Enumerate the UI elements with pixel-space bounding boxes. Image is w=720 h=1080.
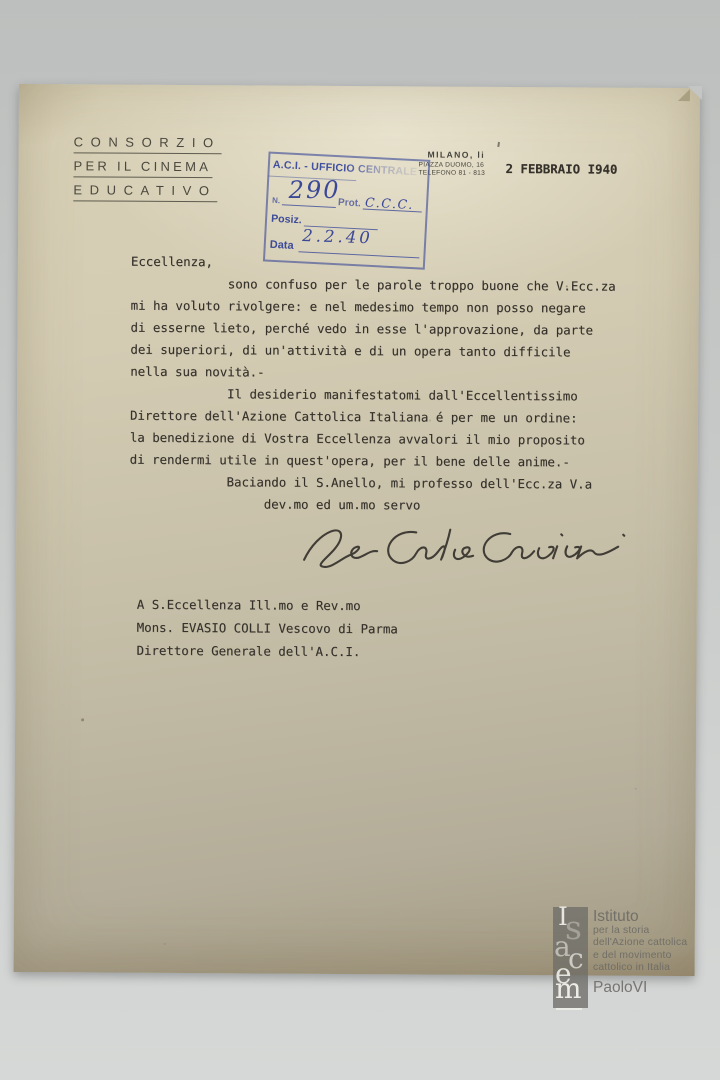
folded-corner [678, 89, 690, 101]
stamp-data-line [298, 251, 419, 258]
stamp-n-label: N. [272, 196, 280, 205]
body-line: Direttore dell'Azione Cattolica Italiana… [130, 405, 615, 430]
typed-date: 2 FEBBRAIO I940 [505, 161, 617, 177]
watermark-line: per la storia [593, 925, 687, 937]
body-line: mi ha voluto rivolgere: e nel medesimo t… [131, 295, 616, 320]
watermark-line: PaoloVI [593, 980, 687, 996]
letter-body: Eccellenza, sono confuso per le parole t… [129, 251, 615, 518]
letterhead-line-1: CONSORZIO [74, 134, 222, 154]
stamp-posiz-label: Posiz. [271, 213, 302, 227]
signature [294, 520, 634, 588]
letter-sheet: CONSORZIO PER IL CINEMA EDUCATIVO MILANO… [14, 84, 700, 976]
paper-speck [566, 285, 568, 287]
signature-drawing [294, 520, 634, 588]
body-line: dei superiori, di un'attività e di un op… [130, 339, 615, 364]
recipient-line: A S.Eccellenza Ill.mo e Rev.mo [137, 593, 398, 618]
watermark-line: e del movimento [593, 950, 687, 962]
letterhead-line-3: EDUCATIVO [73, 182, 217, 202]
body-line: Il desiderio manifestatomi dall'Eccellen… [130, 383, 615, 408]
stamp-n-line [282, 204, 336, 208]
paper-speck [635, 788, 637, 790]
recipient-block: A S.Eccellenza Ill.mo e Rev.mo Mons. EVA… [136, 593, 398, 664]
watermark-line: dell'Azione cattolica [593, 937, 687, 949]
paper-speck [429, 420, 431, 422]
handwritten-date: 2.2.40 [302, 226, 373, 247]
pen-tick-mark [497, 142, 499, 147]
body-line: Baciando il S.Anello, mi professo dell'E… [130, 471, 615, 496]
body-line: di esserne lieto, perché vedo in esse l'… [130, 317, 615, 342]
stamp-prot-label: Prot. [338, 197, 361, 209]
recipient-line: Mons. EVASIO COLLI Vescovo di Parma [137, 616, 398, 641]
body-line: dev.mo ed um.mo servo [129, 493, 614, 518]
recipient-line: Direttore Generale dell'A.C.I. [136, 639, 397, 664]
paper-speck [164, 943, 166, 945]
handwritten-protocol-number: 290 [289, 176, 341, 204]
protocol-stamp: A.C.I. - UFFICIO CENTRALE N. Prot. Posiz… [263, 152, 430, 270]
paper-speck [81, 718, 84, 721]
watermark-text: Istituto per la storia dell'Azione catto… [593, 909, 687, 996]
body-line: sono confuso per le parole troppo buone … [131, 273, 616, 298]
logo-letter: m [555, 975, 582, 1003]
body-line: nella sua novità.- [130, 361, 615, 386]
corner-cut [688, 86, 702, 100]
archive-watermark: I s a c e m Istituto per la storia dell'… [553, 905, 718, 1017]
handwritten-prot-value: C.C.C. [365, 195, 415, 212]
body-line: la benedizione di Vostra Eccellenza avva… [130, 427, 615, 452]
watermark-line: cattolico in Italia [593, 962, 687, 974]
photo-of-letter: CONSORZIO PER IL CINEMA EDUCATIVO MILANO… [0, 0, 720, 1080]
logo-underline [556, 1008, 582, 1010]
letterhead-line-2: PER IL CINEMA [73, 158, 212, 178]
body-line: di rendermi utile in quest'opera, per il… [130, 449, 615, 474]
letterhead: CONSORZIO PER IL CINEMA EDUCATIVO [73, 134, 222, 207]
isacem-logo: I s a c e m [553, 907, 588, 1008]
watermark-line: Istituto [593, 909, 687, 925]
stamp-data-label: Data [269, 239, 293, 252]
city-line: MILANO, li [419, 149, 486, 159]
